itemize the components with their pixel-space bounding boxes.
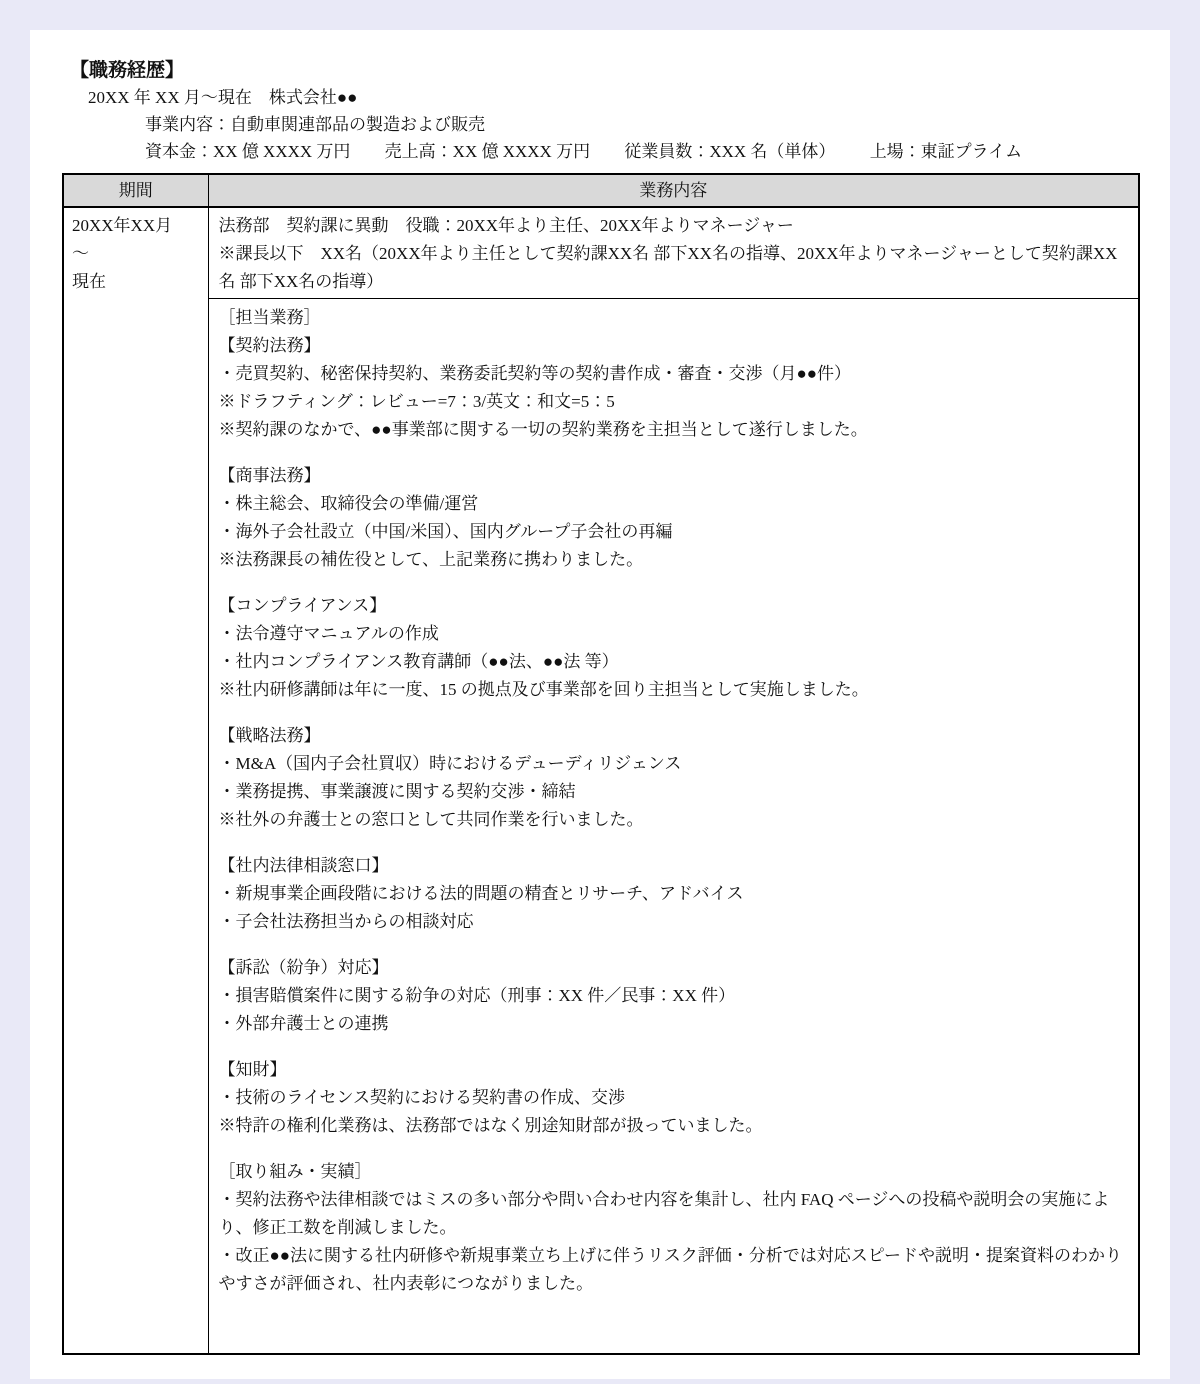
- duty-section: 【知財】・技術のライセンス契約における契約書の作成、交渉※特許の権利化業務は、法…: [219, 1056, 1129, 1140]
- career-history-table: 期間 業務内容 20XX年XX月 ～ 現在 法務部 契約課に異動 役職：20XX…: [62, 173, 1140, 1355]
- role-note-line: ※課長以下 XX名（20XX年より主任として契約課XX名 部下XX名の指導、20…: [219, 240, 1129, 296]
- company-period-line: 20XX 年 XX 月～現在 株式会社●●: [30, 84, 1170, 111]
- duty-line: 【知財】: [219, 1056, 1129, 1084]
- sales-value: 売上高：XX 億 XXXX 万円: [385, 142, 590, 161]
- table-header-row: 期間 業務内容: [63, 174, 1139, 207]
- duty-section: 【訴訟（紛争）対応】・損害賠償案件に関する紛争の対応（刑事：XX 件／民事：XX…: [219, 954, 1129, 1038]
- duty-line: ・業務提携、事業譲渡に関する契約交渉・締結: [219, 778, 1129, 806]
- column-header-duties: 業務内容: [208, 174, 1139, 207]
- duty-line: ・M&A（国内子会社買収）時におけるデューディリジェンス: [219, 750, 1129, 778]
- duty-section: 【社内法律相談窓口】・新規事業企画段階における法的問題の精査とリサーチ、アドバイ…: [219, 852, 1129, 936]
- employees-value: 従業員数：XXX 名（単体）: [624, 142, 835, 161]
- table-row: ［担当業務］【契約法務】・売買契約、秘密保持契約、業務委託契約等の契約書作成・審…: [63, 299, 1139, 1355]
- duty-section: 【商事法務】・株主総会、取締役会の準備/運営・海外子会社設立（中国/米国）、国内…: [219, 462, 1129, 574]
- role-line: 法務部 契約課に異動 役職：20XX年より主任、20XX年よりマネージャー: [219, 212, 1129, 240]
- period-tilde: ～: [72, 240, 200, 268]
- duty-line: ・改正●●法に関する社内研修や新規事業立ち上げに伴うリスク評価・分析では対応スピ…: [219, 1242, 1129, 1298]
- duty-line: ・海外子会社設立（中国/米国）、国内グループ子会社の再編: [219, 518, 1129, 546]
- duty-line: ・売買契約、秘密保持契約、業務委託契約等の契約書作成・審査・交渉（月●●件）: [219, 360, 1129, 388]
- duty-line: ・外部弁護士との連携: [219, 1010, 1129, 1038]
- duty-line: ・契約法務や法律相談ではミスの多い部分や問い合わせ内容を集計し、社内 FAQ ペ…: [219, 1186, 1129, 1242]
- duty-line: ・社内コンプライアンス教育講師（●●法、●●法 等）: [219, 648, 1129, 676]
- duty-line: ※社内研修講師は年に一度、15 の拠点及び事業部を回り主担当として実施しました。: [219, 676, 1129, 704]
- duties-sections: ［担当業務］【契約法務】・売買契約、秘密保持契約、業務委託契約等の契約書作成・審…: [219, 304, 1129, 1298]
- duty-line: 【訴訟（紛争）対応】: [219, 954, 1129, 982]
- listing-value: 上場：東証プライム: [870, 142, 1023, 161]
- duty-line: 【社内法律相談窓口】: [219, 852, 1129, 880]
- period-start: 20XX年XX月: [72, 212, 200, 240]
- duty-line: ・損害賠償案件に関する紛争の対応（刑事：XX 件／民事：XX 件）: [219, 982, 1129, 1010]
- duty-line: ※特許の権利化業務は、法務部ではなく別途知財部が扱っていました。: [219, 1112, 1129, 1140]
- duty-section: ［取り組み・実績］・契約法務や法律相談ではミスの多い部分や問い合わせ内容を集計し…: [219, 1158, 1129, 1298]
- duty-line: ・技術のライセンス契約における契約書の作成、交渉: [219, 1084, 1129, 1112]
- document-title: 【職務経歴】: [30, 58, 1170, 84]
- role-summary-cell: 法務部 契約課に異動 役職：20XX年より主任、20XX年よりマネージャー ※課…: [208, 207, 1139, 299]
- period-end: 現在: [72, 268, 200, 296]
- company-meta-line: 資本金：XX 億 XXXX 万円 売上高：XX 億 XXXX 万円 従業員数：X…: [30, 138, 1170, 165]
- column-header-period: 期間: [63, 174, 208, 207]
- duty-line: 【商事法務】: [219, 462, 1129, 490]
- duty-line: ・新規事業企画段階における法的問題の精査とリサーチ、アドバイス: [219, 880, 1129, 908]
- duty-line: ※法務課長の補佐役として、上記業務に携わりました。: [219, 546, 1129, 574]
- duty-line: 【契約法務】: [219, 332, 1129, 360]
- duty-line: ※ドラフティング：レビュー=7：3/英文：和文=5：5: [219, 388, 1129, 416]
- document-page: 【職務経歴】 20XX 年 XX 月～現在 株式会社●● 事業内容：自動車関連部…: [30, 30, 1170, 1379]
- business-description-line: 事業内容：自動車関連部品の製造および販売: [30, 111, 1170, 138]
- duty-line: ※契約課のなかで、●●事業部に関する一切の契約業務を主担当として遂行しました。: [219, 416, 1129, 444]
- period-cell: 20XX年XX月 ～ 現在: [63, 207, 208, 1354]
- duty-section: 【戦略法務】・M&A（国内子会社買収）時におけるデューディリジェンス・業務提携、…: [219, 722, 1129, 834]
- duty-section: ［担当業務］【契約法務】・売買契約、秘密保持契約、業務委託契約等の契約書作成・審…: [219, 304, 1129, 444]
- duty-line: ・法令遵守マニュアルの作成: [219, 620, 1129, 648]
- duties-cell: ［担当業務］【契約法務】・売買契約、秘密保持契約、業務委託契約等の契約書作成・審…: [208, 299, 1139, 1355]
- duty-line: ［担当業務］: [219, 304, 1129, 332]
- duty-line: ※社外の弁護士との窓口として共同作業を行いました。: [219, 806, 1129, 834]
- table-row: 20XX年XX月 ～ 現在 法務部 契約課に異動 役職：20XX年より主任、20…: [63, 207, 1139, 299]
- desktop-background: 【職務経歴】 20XX 年 XX 月～現在 株式会社●● 事業内容：自動車関連部…: [0, 0, 1200, 1384]
- duty-section: 【コンプライアンス】・法令遵守マニュアルの作成・社内コンプライアンス教育講師（●…: [219, 592, 1129, 704]
- duty-line: ・子会社法務担当からの相談対応: [219, 908, 1129, 936]
- duty-line: 【戦略法務】: [219, 722, 1129, 750]
- capital-value: 資本金：XX 億 XXXX 万円: [145, 142, 350, 161]
- duty-line: ［取り組み・実績］: [219, 1158, 1129, 1186]
- duty-line: ・株主総会、取締役会の準備/運営: [219, 490, 1129, 518]
- duty-line: 【コンプライアンス】: [219, 592, 1129, 620]
